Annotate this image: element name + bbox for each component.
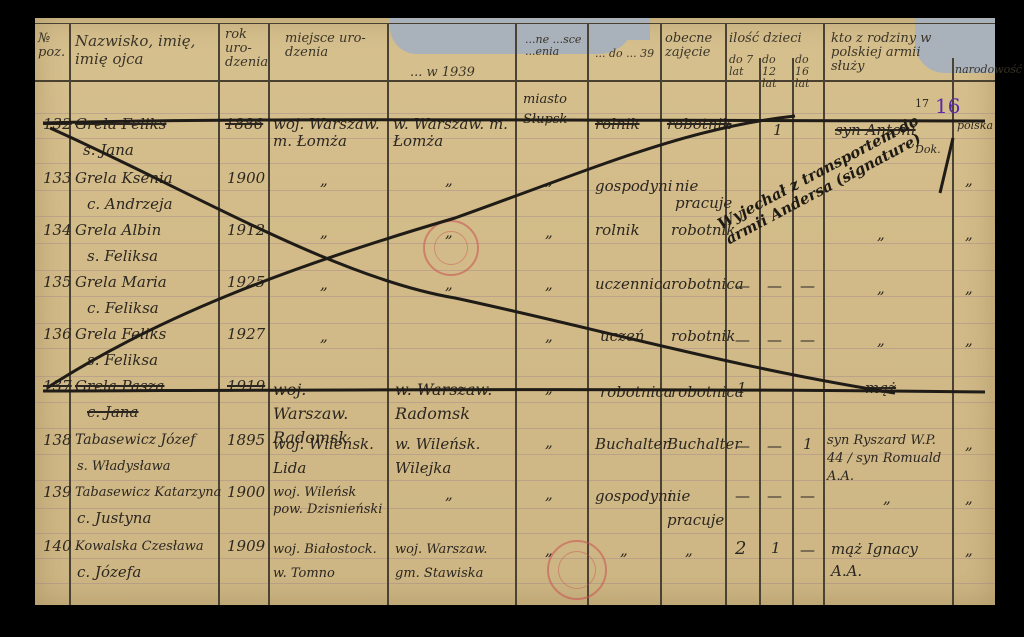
- register-card: № poz. Nazwisko, imię, imię ojca rok uro…: [35, 18, 995, 605]
- cross-out-strokes: [35, 18, 995, 605]
